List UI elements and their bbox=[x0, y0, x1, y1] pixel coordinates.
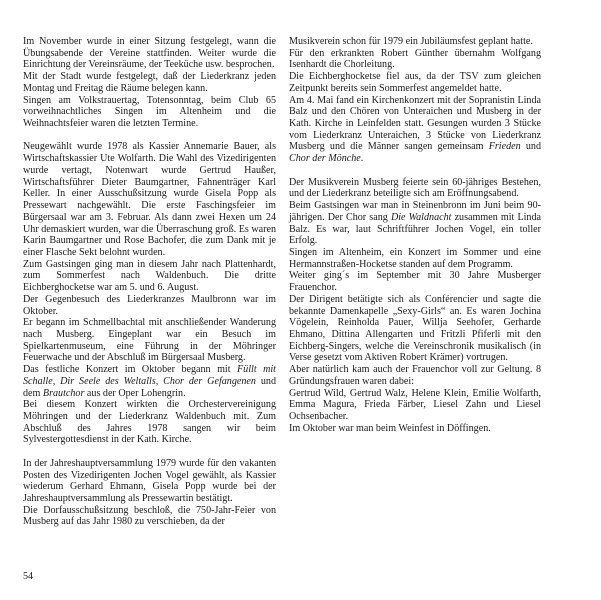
paragraph-steinenbronn: Beim Gastsingen war man in Steinenbronn … bbox=[289, 200, 541, 247]
paragraph-choir-leader: Für den erkrankten Robert Günther überna… bbox=[289, 48, 541, 71]
paragraph-assembly-1979: In der Jahreshauptversammlung 1979 wurde… bbox=[23, 458, 276, 505]
paragraph-founding-women-names: Gertrud Wild, Gertrud Walz, Helene Klein… bbox=[289, 388, 541, 423]
text-run: und bbox=[521, 141, 541, 152]
paragraph-stadt-rooms: Mit der Stadt wurde festgelegt, daß der … bbox=[23, 71, 276, 94]
paragraph-weinfest: Im Oktober war man beim Weinfest in Döff… bbox=[289, 423, 541, 435]
song-title-brautchor: Brautchor bbox=[43, 388, 85, 399]
paragraph-sexy-girls: Der Dirigent betätigte sich als Conféren… bbox=[289, 294, 541, 364]
paragraph-gastsingen: Zum Gastsingen ging man in diesem Jahr n… bbox=[23, 259, 276, 294]
song-title-chor-der-moenche: Chor der Mönche bbox=[289, 153, 361, 164]
paragraph-founding-women-intro: Aber natürlich kam auch der Frauenchor v… bbox=[289, 364, 541, 387]
paragraph-jubilee-fest: Musikverein schon für 1979 ein Jubiläums… bbox=[289, 36, 541, 48]
paragraph-schmellbachtal: Er begann im Schmellbachtal mit anschlie… bbox=[23, 317, 276, 364]
text-run: aus der Oper Lohengrin. bbox=[84, 388, 185, 399]
paragraph-elections-1978: Neugewählt wurde 1978 als Kassier Annema… bbox=[23, 141, 276, 258]
paragraph-concert-participants: Bei diesem Konzert wirkten die Orchester… bbox=[23, 399, 276, 446]
text-run: Das festliche Konzert im Oktober begann … bbox=[23, 364, 237, 375]
paragraph-frauenchor-30: Weiter ging´s im September mit 30 Jahre … bbox=[289, 270, 541, 293]
paragraph-hocketse-cancelled: Die Eichberghocketse fiel aus, da der TS… bbox=[289, 71, 541, 94]
paragraph-singing-dates: Singen am Volkstrauertag, Totensonntag, … bbox=[23, 95, 276, 130]
text-run: . bbox=[361, 153, 364, 164]
paragraph-altenheim-program: Singen im Altenheim, ein Konzert im Somm… bbox=[289, 247, 541, 270]
paragraph-dorfausschuss: Die Dorfausschußsitzung beschloß, die 75… bbox=[23, 505, 276, 528]
paragraph-gap bbox=[23, 130, 276, 142]
left-column: Im November wurde in einer Sitzung festg… bbox=[23, 36, 276, 528]
paragraph-gap bbox=[23, 446, 276, 458]
paragraph-maulbronn: Der Gegenbesuch des Liederkranzes Maulbr… bbox=[23, 294, 276, 317]
song-title-frieden: Frieden bbox=[489, 141, 521, 152]
paragraph-festive-concert: Das festliche Konzert im Oktober begann … bbox=[23, 364, 276, 399]
paragraph-church-concert: Am 4. Mai fand ein Kirchenkonzert mit de… bbox=[289, 95, 541, 165]
paragraph-musikverein-anniversary: Der Musikverein Musberg feierte sein 60-… bbox=[289, 177, 541, 200]
right-column: Musikverein schon für 1979 ein Jubiläums… bbox=[289, 36, 541, 434]
paragraph-november-meeting: Im November wurde in einer Sitzung festg… bbox=[23, 36, 276, 71]
page-number: 54 bbox=[23, 571, 33, 582]
song-title-waldnacht: Die Waldnacht bbox=[391, 212, 452, 223]
paragraph-gap bbox=[289, 165, 541, 177]
